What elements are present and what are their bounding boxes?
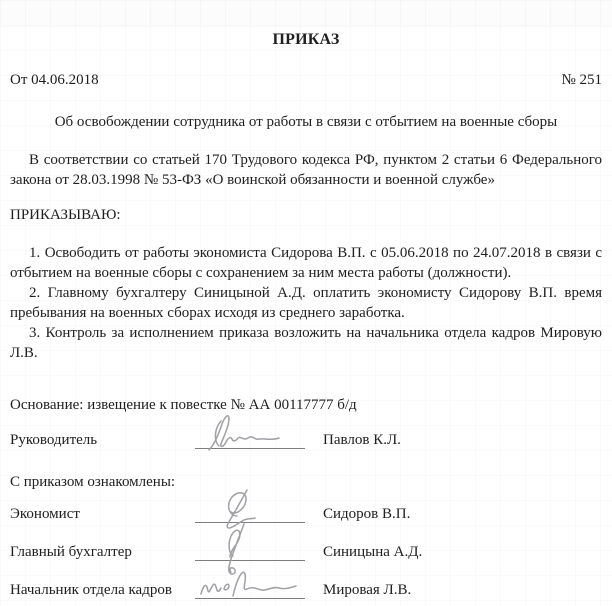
document-subject: Об освобождении сотрудника от работы в с… xyxy=(10,114,602,131)
signature-line xyxy=(195,538,305,561)
mirovaya-signature-icon xyxy=(197,558,297,606)
acknowledger-name: Сидоров В.П. xyxy=(323,506,410,523)
signature-line xyxy=(195,426,305,449)
document-number: № 251 xyxy=(561,72,602,89)
acknowledger-row-hr-head: Начальник отдела кадров Мировая Л.В. xyxy=(10,577,602,599)
acknowledger-role: Начальник отдела кадров xyxy=(10,582,195,599)
document-title: ПРИКАЗ xyxy=(10,0,602,49)
acknowledger-name: Синицына А.Д. xyxy=(323,544,422,561)
date-number-row: От 04.06.2018 № 251 xyxy=(10,72,602,89)
acknowledger-row-economist: Экономист Сидоров В.П. xyxy=(10,501,602,523)
order-item-2: 2. Главному бухгалтеру Синицыной А.Д. оп… xyxy=(10,283,602,323)
approver-signature-row: Руководитель Павлов К.Л. xyxy=(10,427,602,449)
document-date: От 04.06.2018 xyxy=(10,72,99,89)
approver-name: Павлов К.Л. xyxy=(323,432,401,449)
order-document: ПРИКАЗ От 04.06.2018 № 251 Об освобожден… xyxy=(0,0,612,606)
pavlov-signature-icon xyxy=(197,408,297,464)
acknowledger-row-chief-accountant: Главный бухгалтер Синицына А.Д. xyxy=(10,539,602,561)
acknowledger-name: Мировая Л.В. xyxy=(323,582,411,599)
order-item-1: 1. Освободить от работы экономиста Сидор… xyxy=(10,243,602,283)
signature-line xyxy=(195,500,305,523)
basis-line: Основание: извещение к повестке № АА 001… xyxy=(10,397,602,414)
acknowledged-heading: С приказом ознакомлены: xyxy=(10,474,602,491)
resolution-word: ПРИКАЗЫВАЮ: xyxy=(10,207,602,224)
sinitsyna-signature-icon xyxy=(197,520,297,576)
signature-line xyxy=(195,576,305,599)
acknowledger-role: Главный бухгалтер xyxy=(10,544,195,561)
preamble-paragraph: В соответствии со статьей 170 Трудового … xyxy=(10,150,602,190)
approver-role: Руководитель xyxy=(10,432,195,449)
order-item-3: 3. Контроль за исполнением приказа возло… xyxy=(10,323,602,363)
acknowledger-role: Экономист xyxy=(10,506,195,523)
order-items: 1. Освободить от работы экономиста Сидор… xyxy=(10,243,602,363)
